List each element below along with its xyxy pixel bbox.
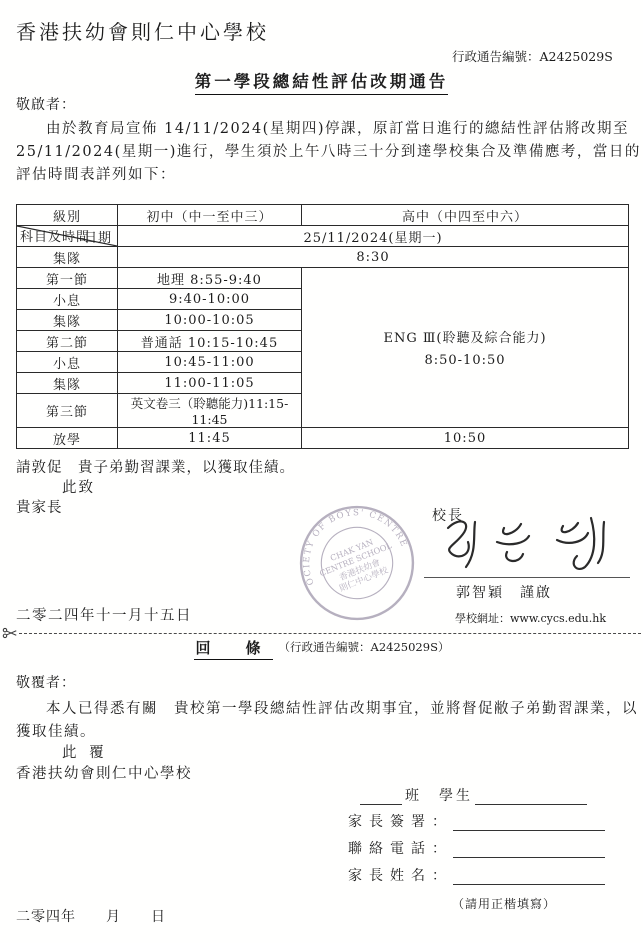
parent-signature-label: 家長簽署：	[348, 814, 453, 830]
contact-phone-field	[453, 841, 605, 858]
schedule-cell: 地理 8:55-9:40	[118, 268, 302, 289]
senior-exam-time: 8:50-10:50	[302, 353, 628, 368]
principal-name: 郭智穎 謹啟	[456, 582, 552, 602]
reply-salutation: 敬覆者：	[16, 672, 76, 692]
principal-signature	[430, 512, 630, 576]
signature-line	[424, 577, 630, 578]
school-name: 香港扶幼會則仁中心學校	[16, 16, 269, 45]
schedule-row-label: 集隊	[17, 310, 118, 331]
salutation: 敬啟者：	[16, 94, 76, 114]
recipient-parent: 貴家長	[16, 496, 63, 517]
reply-slip-header: 回 條（行政通告編號：A2425029S）	[0, 637, 643, 660]
reply-title: 回 條	[194, 637, 273, 660]
table-header-row: 級別 初中（中一至中三） 高中（中四至中六）	[17, 205, 629, 226]
reply-admin-number: （行政通告編號：A2425029S）	[279, 640, 450, 654]
schedule-row-label: 放學	[17, 428, 118, 449]
parent-name-label: 家長姓名：	[348, 868, 453, 884]
schedule-cell: 10:50	[302, 428, 629, 449]
parent-name-field	[453, 868, 605, 885]
contact-phone-label: 聯絡電話：	[348, 841, 453, 857]
admin-notice-number: 行政通告編號：A2425029S	[452, 47, 613, 65]
school-website: 學校網址：www.cycs.edu.hk	[455, 610, 606, 626]
diagonal-header-cell: 日期 科目及時間	[17, 226, 118, 247]
schedule-header-level: 級別	[17, 205, 118, 226]
schedule-senior-merged-cell: ENG Ⅲ(聆聽及綜合能力) 8:50-10:50	[302, 268, 629, 428]
senior-exam-name: ENG Ⅲ(聆聽及綜合能力)	[302, 327, 628, 346]
block-letters-note: （請用正楷填寫）	[452, 895, 556, 912]
body-line: 由於教育局宣佈 14/11/2024(星期四)停課，原訂當日進行的總結性評估將改…	[16, 117, 643, 138]
schedule-row-label: 小息	[17, 352, 118, 373]
form-row-contact-phone: 聯絡電話：	[348, 841, 605, 858]
dashed-line	[19, 633, 641, 634]
notice-title: 第一學段總結性評估改期通告	[0, 68, 643, 95]
body-line: 評估時間表詳列如下：	[16, 163, 632, 184]
urge-line: 請敦促 貴子弟勤習課業，以獲取佳績。	[16, 456, 295, 477]
schedule-row-label: 第三節	[17, 394, 118, 428]
class-student-label: 班 學生	[405, 788, 473, 804]
closing-cihzhi: 此致	[62, 476, 95, 497]
form-row-parent-signature: 家長簽署：	[348, 814, 605, 831]
schedule-cell: 8:30	[118, 247, 629, 268]
table-row: 集隊 8:30	[17, 247, 629, 268]
schedule-row-label: 第二節	[17, 331, 118, 352]
diagonal-label-subject-time: 科目及時間	[20, 226, 90, 245]
reply-date-line: 二零四年 月 日	[16, 906, 166, 926]
parent-signature-field	[453, 814, 605, 831]
table-row: 日期 科目及時間 25/11/2024(星期一)	[17, 226, 629, 247]
schedule-table: 級別 初中（中一至中三） 高中（中四至中六） 日期 科目及時間 25/11/20…	[16, 204, 629, 449]
form-row-class-student: 班 學生	[360, 788, 587, 805]
schedule-row-label: 集隊	[17, 373, 118, 394]
reply-body-line: 本人已得悉有關 貴校第一學段總結性評估改期事宜，並將督促敝子弟勤習課業，以	[16, 697, 643, 718]
notice-document: 香港扶幼會則仁中心學校 行政通告編號：A2425029S 第一學段總結性評估改期…	[0, 0, 643, 943]
schedule-cell: 10:45-11:00	[118, 352, 302, 373]
issue-date: 二零二四年十一月十五日	[16, 604, 192, 625]
schedule-header-junior: 初中（中一至中三）	[118, 205, 302, 226]
schedule-row-label: 集隊	[17, 247, 118, 268]
reply-school-name: 香港扶幼會則仁中心學校	[16, 762, 192, 783]
reply-body-line: 獲取佳績。	[16, 720, 632, 741]
schedule-date-cell: 25/11/2024(星期一)	[118, 226, 629, 247]
student-name-field	[475, 788, 587, 805]
schedule-cell: 10:00-10:05	[118, 310, 302, 331]
schedule-row-label: 小息	[17, 289, 118, 310]
schedule-cell: 英文卷三（聆聽能力)11:15-11:45	[118, 394, 302, 428]
schedule-cell: 11:00-11:05	[118, 373, 302, 394]
school-seal-icon: SOCIETY OF BOYS' CENTRES CHAK YAN CENTRE…	[278, 484, 437, 643]
table-row: 放學 11:45 10:50	[17, 428, 629, 449]
form-row-parent-name: 家長姓名：	[348, 868, 605, 885]
body-line: 25/11/2024(星期一)進行，學生須於上午八時三十分到達學校集合及準備應考…	[16, 140, 632, 161]
table-row: 第一節 地理 8:55-9:40 ENG Ⅲ(聆聽及綜合能力) 8:50-10:…	[17, 268, 629, 289]
schedule-cell: 普通話 10:15-10:45	[118, 331, 302, 352]
schedule-header-senior: 高中（中四至中六）	[302, 205, 629, 226]
reply-cifu: 此 覆	[62, 741, 108, 762]
class-blank-field	[360, 788, 402, 805]
schedule-row-label: 第一節	[17, 268, 118, 289]
schedule-cell: 9:40-10:00	[118, 289, 302, 310]
schedule-cell: 11:45	[118, 428, 302, 449]
